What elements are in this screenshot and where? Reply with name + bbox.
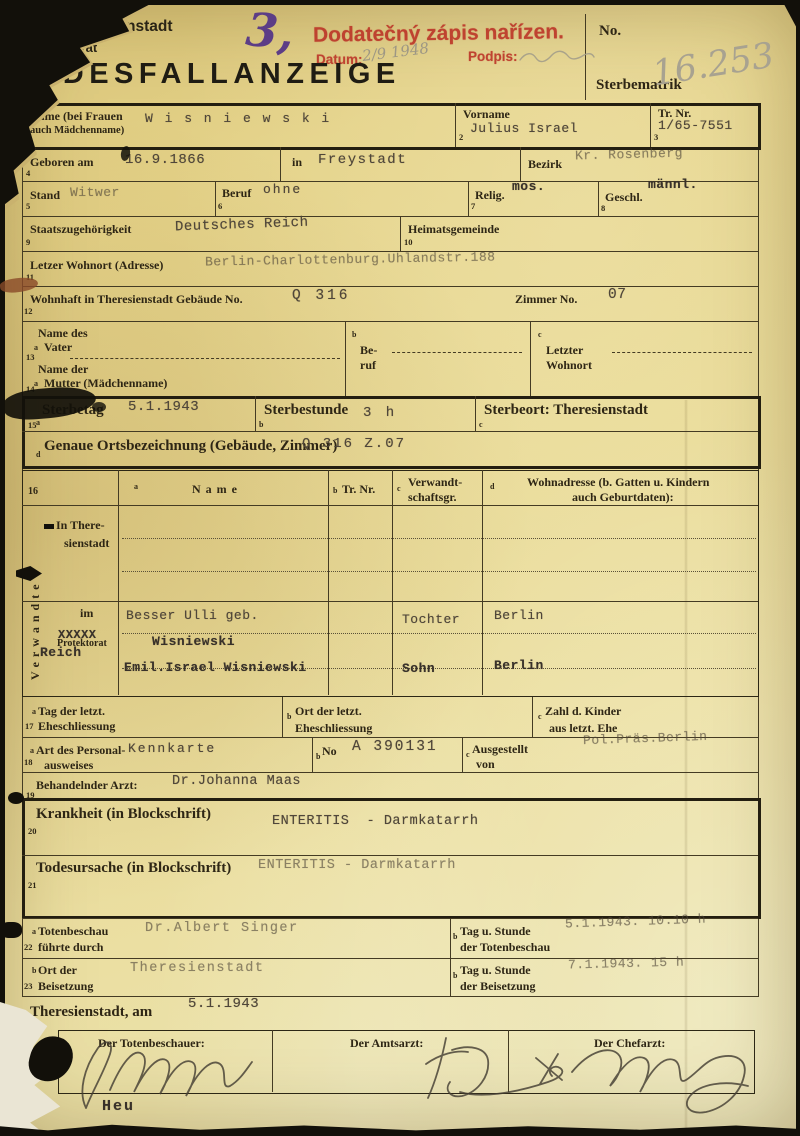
amtsarzt-signature	[426, 1038, 562, 1098]
totenbeschauer-signature	[82, 1042, 252, 1108]
signatures-overlay	[0, 0, 800, 1136]
chefarzt-signature	[536, 1050, 748, 1112]
podpis-signature	[520, 51, 594, 61]
todesfallanzeige-document: Ghetto Theresienstadt Der Ältestenrat 3,…	[0, 0, 800, 1136]
